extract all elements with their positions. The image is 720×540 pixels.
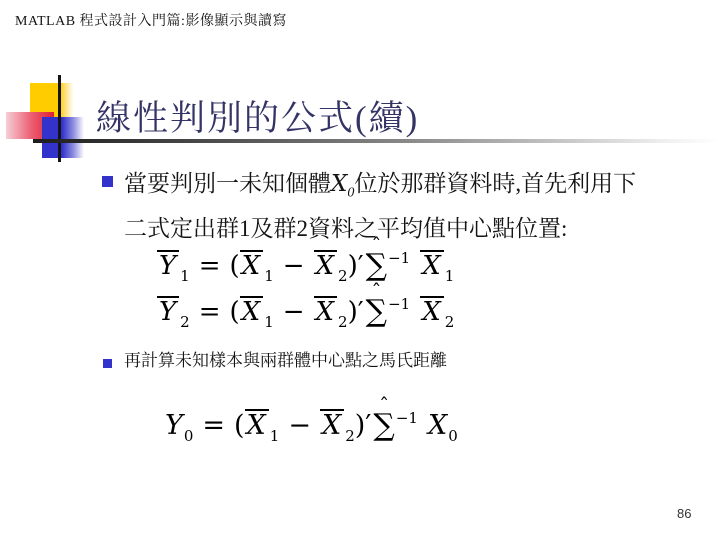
decoration-blue-square — [42, 117, 84, 158]
close-paren-prime: )′ — [355, 410, 372, 441]
minus-sign: − — [288, 410, 311, 441]
slide-header-text: MATLAB 程式設計入門篇:影像顯示與讀寫 — [15, 10, 287, 30]
equals-sign: = — [199, 297, 221, 327]
var-x: X — [242, 251, 261, 281]
decoration-vertical-line — [58, 75, 61, 162]
slide-canvas: MATLAB 程式設計入門篇:影像顯示與讀寫 線性判別的公式(續) 當要判別一未… — [0, 0, 720, 540]
hat-accent: ˆ — [371, 235, 381, 255]
sub-1: 1 — [445, 267, 455, 285]
page-title: 線性判別的公式(續) — [96, 100, 419, 138]
var-x: X — [422, 297, 441, 327]
open-paren: ( — [230, 251, 240, 281]
sub-1: 1 — [264, 267, 274, 285]
sub-0: 0 — [448, 427, 458, 445]
sub-1: 1 — [180, 267, 190, 285]
sub-2: 2 — [445, 313, 455, 331]
sub-2: 2 — [180, 313, 190, 331]
minus-sign: − — [283, 297, 305, 327]
var-x: X — [316, 297, 335, 327]
inverse-exponent: −1 — [388, 249, 410, 267]
bullet1-line2: 二式定出群1及群2資料之平均值中心點位置: — [124, 211, 710, 246]
formula-ybar2: Y2=(X1−X2)′ˆ∑−1X2 — [157, 293, 454, 331]
close-paren-prime: )′ — [348, 297, 364, 327]
open-paren: ( — [234, 410, 245, 441]
xbar-term: X — [314, 250, 338, 280]
bullet1-line1-post: 位於那群資料時,首先利用下 — [354, 171, 636, 196]
bullet1-line1: 當要判別一未知個體X0位於那群資料時,首先利用下 — [124, 166, 710, 211]
xbar-term: X — [420, 296, 444, 326]
hat-accent: ˆ — [371, 281, 381, 301]
sub-2: 2 — [338, 267, 348, 285]
var-y: Y — [159, 251, 176, 281]
var-x: X — [422, 251, 441, 281]
sub-2: 2 — [338, 313, 348, 331]
bullet-square-icon — [102, 176, 113, 187]
inverse-exponent: −1 — [396, 409, 418, 427]
open-paren: ( — [230, 297, 240, 327]
hat-accent: ˆ — [379, 395, 389, 415]
bullet-square-icon — [103, 359, 112, 368]
page-number: 86 — [677, 506, 691, 521]
xbar-term: X — [240, 250, 264, 280]
var-y: Y — [159, 297, 176, 327]
ybar-term: Y — [157, 250, 179, 280]
sub-1: 1 — [270, 427, 280, 445]
equals-sign: = — [199, 251, 221, 281]
sub-2: 2 — [345, 427, 355, 445]
ybar-term: Y — [157, 296, 179, 326]
title-underline-rule — [33, 139, 720, 143]
bullet1-line1-pre: 當要判別一未知個體 — [124, 171, 331, 196]
var-x: X — [428, 410, 447, 441]
var-x: X — [242, 297, 261, 327]
xbar-term: X — [240, 296, 264, 326]
close-paren-prime: )′ — [348, 251, 364, 281]
minus-sign: − — [283, 251, 305, 281]
formula-ybar1: Y1=(X1−X2)′ˆ∑−1X1 — [157, 247, 454, 285]
sub-1: 1 — [264, 313, 274, 331]
var-y: Y — [165, 410, 183, 441]
sigma-hat-symbol: ˆ∑ — [373, 408, 394, 443]
sub-0: 0 — [184, 427, 194, 445]
var-x: X — [247, 410, 266, 441]
equals-sign: = — [202, 410, 225, 441]
bullet2-text: 再計算未知樣本與兩群體中心點之馬氏距離 — [124, 350, 447, 372]
var-x: X — [316, 251, 335, 281]
var-x: X — [322, 410, 341, 441]
xbar-term: X — [420, 250, 444, 280]
xbar-term: X — [314, 296, 338, 326]
sigma-hat-symbol: ˆ∑ — [366, 294, 387, 329]
xbar-term: X — [245, 409, 269, 440]
x0-variable: X — [331, 171, 347, 197]
inverse-exponent: −1 — [388, 295, 410, 313]
xbar-term: X — [320, 409, 344, 440]
bullet1-text: 當要判別一未知個體X0位於那群資料時,首先利用下 二式定出群1及群2資料之平均值… — [124, 166, 710, 246]
sigma-hat-symbol: ˆ∑ — [366, 248, 387, 283]
formula-y0: Y0=(X1−X2)′ˆ∑−1X0 — [165, 407, 458, 445]
